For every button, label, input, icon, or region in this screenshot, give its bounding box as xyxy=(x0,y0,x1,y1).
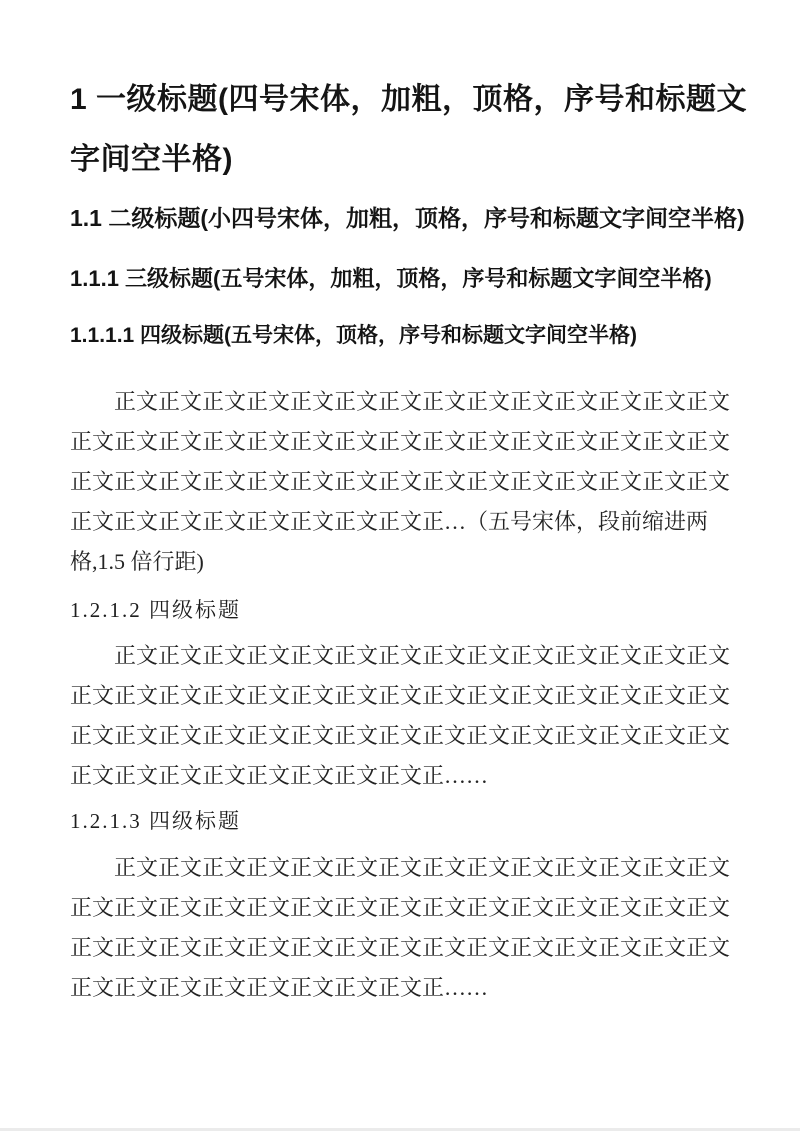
heading-level-1: 1 一级标题(四号宋体，加粗，顶格，序号和标题文 字间空半格) xyxy=(70,70,742,190)
body-paragraph-3: 正文正文正文正文正文正文正文正文正文正文正文正文正文正文 正文正文正文正文正文正… xyxy=(70,848,742,1008)
body-line: 正文正文正文正文正文正文正文正文正…（五号宋体，段前缩进两 xyxy=(70,502,742,542)
body-line: 正文正文正文正文正文正文正文正文正文正文正文正文正文正文 xyxy=(70,848,742,888)
heading-level-3: 1.1.1 三级标题(五号宋体，加粗，顶格，序号和标题文字间空半格) xyxy=(70,263,742,295)
body-line: 格,1.5 倍行距) xyxy=(70,542,742,582)
body-paragraph-1: 正文正文正文正文正文正文正文正文正文正文正文正文正文正文 正文正文正文正文正文正… xyxy=(70,382,742,582)
body-line: 正文正文正文正文正文正文正文正文正文正文正文正文正文正文 xyxy=(70,636,742,676)
document-page: 1 一级标题(四号宋体，加粗，顶格，序号和标题文 字间空半格) 1.1 二级标题… xyxy=(0,0,800,1131)
heading-level-1-line-1: 1 一级标题(四号宋体，加粗，顶格，序号和标题文 xyxy=(70,70,742,130)
heading-level-4-third: 1.2.1.3 四级标题 xyxy=(70,806,742,836)
body-line: 正文正文正文正文正文正文正文正文正文正文正文正文正文正文正文 xyxy=(70,676,742,716)
body-line: 正文正文正文正文正文正文正文正文正文正文正文正文正文正文正文 xyxy=(70,888,742,928)
body-paragraph-2: 正文正文正文正文正文正文正文正文正文正文正文正文正文正文 正文正文正文正文正文正… xyxy=(70,636,742,796)
body-line: 正文正文正文正文正文正文正文正文正…… xyxy=(70,756,742,796)
body-line: 正文正文正文正文正文正文正文正文正文正文正文正文正文正文正文 xyxy=(70,716,742,756)
body-line: 正文正文正文正文正文正文正文正文正…… xyxy=(70,968,742,1008)
heading-level-1-line-2: 字间空半格) xyxy=(70,130,742,190)
heading-level-4-second: 1.2.1.2 四级标题 xyxy=(70,595,742,625)
body-line: 正文正文正文正文正文正文正文正文正文正文正文正文正文正文正文 xyxy=(70,422,742,462)
body-line: 正文正文正文正文正文正文正文正文正文正文正文正文正文正文正文 xyxy=(70,462,742,502)
heading-level-2: 1.1 二级标题(小四号宋体，加粗，顶格，序号和标题文字间空半格) xyxy=(70,202,742,234)
heading-level-4: 1.1.1.1 四级标题(五号宋体，顶格，序号和标题文字间空半格) xyxy=(70,321,742,351)
body-line: 正文正文正文正文正文正文正文正文正文正文正文正文正文正文正文 xyxy=(70,928,742,968)
body-line: 正文正文正文正文正文正文正文正文正文正文正文正文正文正文 xyxy=(70,382,742,422)
